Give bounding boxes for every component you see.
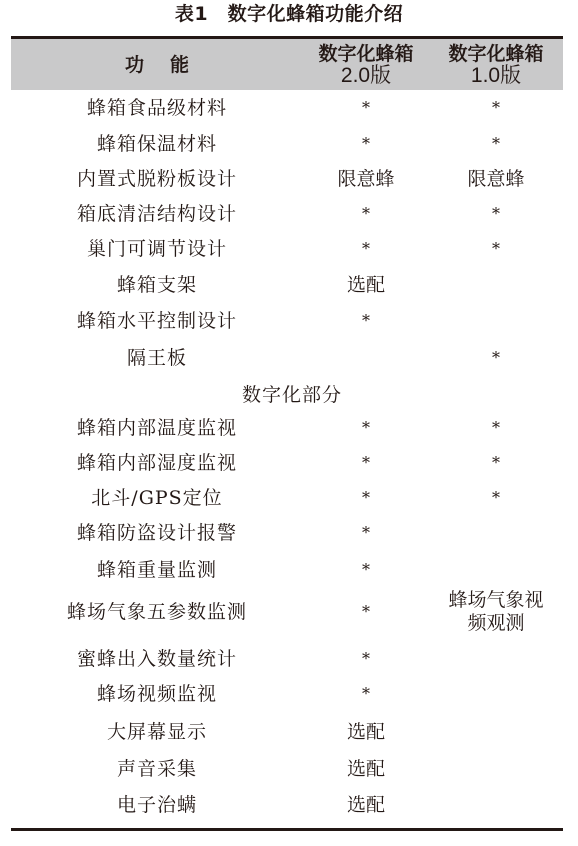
- table-row: 蜂箱重量监测 *: [11, 552, 563, 588]
- header-v2-version: 2.0版: [341, 65, 391, 87]
- table-row: 蜂箱内部温度监视 * *: [11, 410, 563, 446]
- v2-cell: *: [306, 126, 426, 162]
- feature-cell: 蜂箱防盗设计报警: [11, 515, 303, 551]
- feature-cell: 巢门可调节设计: [11, 231, 303, 267]
- header-v1-title: 数字化蜂箱: [448, 43, 543, 65]
- table-row: 蜂箱保温材料 * *: [11, 126, 563, 162]
- feature-cell: 蜂箱支架: [11, 267, 303, 303]
- table-row: 蜂场气象五参数监测 * 蜂场气象视 频观测: [11, 588, 563, 636]
- feature-cell: 蜂箱保温材料: [11, 126, 303, 162]
- v2-cell: *: [306, 303, 426, 339]
- v1-cell: 蜂场气象视 频观测: [436, 588, 556, 636]
- v2-cell: [306, 340, 426, 376]
- table-row: 蜂箱食品级材料 * *: [11, 90, 563, 126]
- feature-cell: 声音采集: [11, 751, 303, 787]
- v1-cell: [436, 751, 556, 787]
- feature-cell: 蜂箱重量监测: [11, 552, 303, 588]
- v1-cell-line2: 频观测: [467, 612, 524, 635]
- table-row: 蜂箱支架 选配: [11, 267, 563, 303]
- v1-cell: *: [436, 445, 556, 481]
- v2-cell: *: [306, 231, 426, 267]
- header-v2: 数字化蜂箱 2.0版: [306, 39, 426, 90]
- header-feature: 功能: [11, 39, 303, 90]
- v1-cell: *: [436, 196, 556, 232]
- bottom-rule: [11, 828, 563, 831]
- v2-cell: *: [306, 515, 426, 551]
- table-row: 蜂场视频监视 *: [11, 676, 563, 712]
- table-row: 北斗/GPS定位 * *: [11, 480, 563, 516]
- feature-cell: 蜂箱内部湿度监视: [11, 445, 303, 481]
- v2-cell: *: [306, 90, 426, 126]
- table-header: 功能 数字化蜂箱 2.0版 数字化蜂箱 1.0版: [11, 39, 563, 90]
- header-v2-title: 数字化蜂箱: [318, 43, 413, 65]
- header-v1-version: 1.0版: [471, 65, 521, 87]
- v1-cell: *: [436, 410, 556, 446]
- feature-cell: 蜂箱水平控制设计: [11, 303, 303, 339]
- feature-cell: 蜂场气象五参数监测: [11, 588, 303, 636]
- feature-cell: 箱底清洁结构设计: [11, 196, 303, 232]
- feature-cell: 蜂场视频监视: [11, 676, 303, 712]
- v2-cell: *: [306, 480, 426, 516]
- feature-cell: 蜂箱食品级材料: [11, 90, 303, 126]
- v2-cell: *: [306, 552, 426, 588]
- v1-cell: [436, 552, 556, 588]
- v2-cell: 选配: [306, 714, 426, 750]
- header-v1: 数字化蜂箱 1.0版: [436, 39, 556, 90]
- feature-cell: 蜜蜂出入数量统计: [11, 641, 303, 677]
- feature-cell: 电子治螨: [11, 787, 303, 823]
- feature-cell: 内置式脱粉板设计: [11, 161, 303, 197]
- table-title: 表1 数字化蜂箱功能介绍: [0, 2, 578, 26]
- v1-cell: [436, 641, 556, 677]
- v2-cell: 选配: [306, 751, 426, 787]
- v2-cell: *: [306, 445, 426, 481]
- table-row: 蜂箱内部湿度监视 * *: [11, 445, 563, 481]
- v2-cell: *: [306, 676, 426, 712]
- v2-cell: *: [306, 588, 426, 636]
- v2-cell: *: [306, 641, 426, 677]
- table-row: 蜂箱水平控制设计 *: [11, 303, 563, 339]
- v1-cell: *: [436, 126, 556, 162]
- v1-cell: [436, 303, 556, 339]
- v1-cell: *: [436, 231, 556, 267]
- v1-cell: 限意蜂: [436, 161, 556, 197]
- table-row: 蜂箱防盗设计报警 *: [11, 515, 563, 551]
- table-row: 巢门可调节设计 * *: [11, 231, 563, 267]
- v1-cell: *: [436, 340, 556, 376]
- v1-cell: *: [436, 480, 556, 516]
- v2-cell: 选配: [306, 787, 426, 823]
- feature-cell: 大屏幕显示: [11, 714, 303, 750]
- v2-cell: *: [306, 410, 426, 446]
- v1-cell: [436, 714, 556, 750]
- table-row: 大屏幕显示 选配: [11, 714, 563, 750]
- v1-cell: [436, 267, 556, 303]
- table-row: 电子治螨 选配: [11, 787, 563, 823]
- feature-cell: 隔王板: [11, 340, 303, 376]
- v1-cell: *: [436, 90, 556, 126]
- section-label-digital: 数字化部分: [11, 375, 563, 411]
- v2-cell: 限意蜂: [306, 161, 426, 197]
- feature-cell: 蜂箱内部温度监视: [11, 410, 303, 446]
- v2-cell: *: [306, 196, 426, 232]
- v1-cell: [436, 515, 556, 551]
- table-row: 隔王板 *: [11, 340, 563, 376]
- table-row: 蜜蜂出入数量统计 *: [11, 641, 563, 677]
- table-row: 声音采集 选配: [11, 751, 563, 787]
- table-row: 箱底清洁结构设计 * *: [11, 196, 563, 232]
- v2-cell: 选配: [306, 267, 426, 303]
- feature-cell: 北斗/GPS定位: [11, 480, 303, 516]
- v1-cell: [436, 676, 556, 712]
- table-row: 内置式脱粉板设计 限意蜂 限意蜂: [11, 161, 563, 197]
- v1-cell: [436, 787, 556, 823]
- v1-cell-line1: 蜂场气象视: [448, 589, 543, 612]
